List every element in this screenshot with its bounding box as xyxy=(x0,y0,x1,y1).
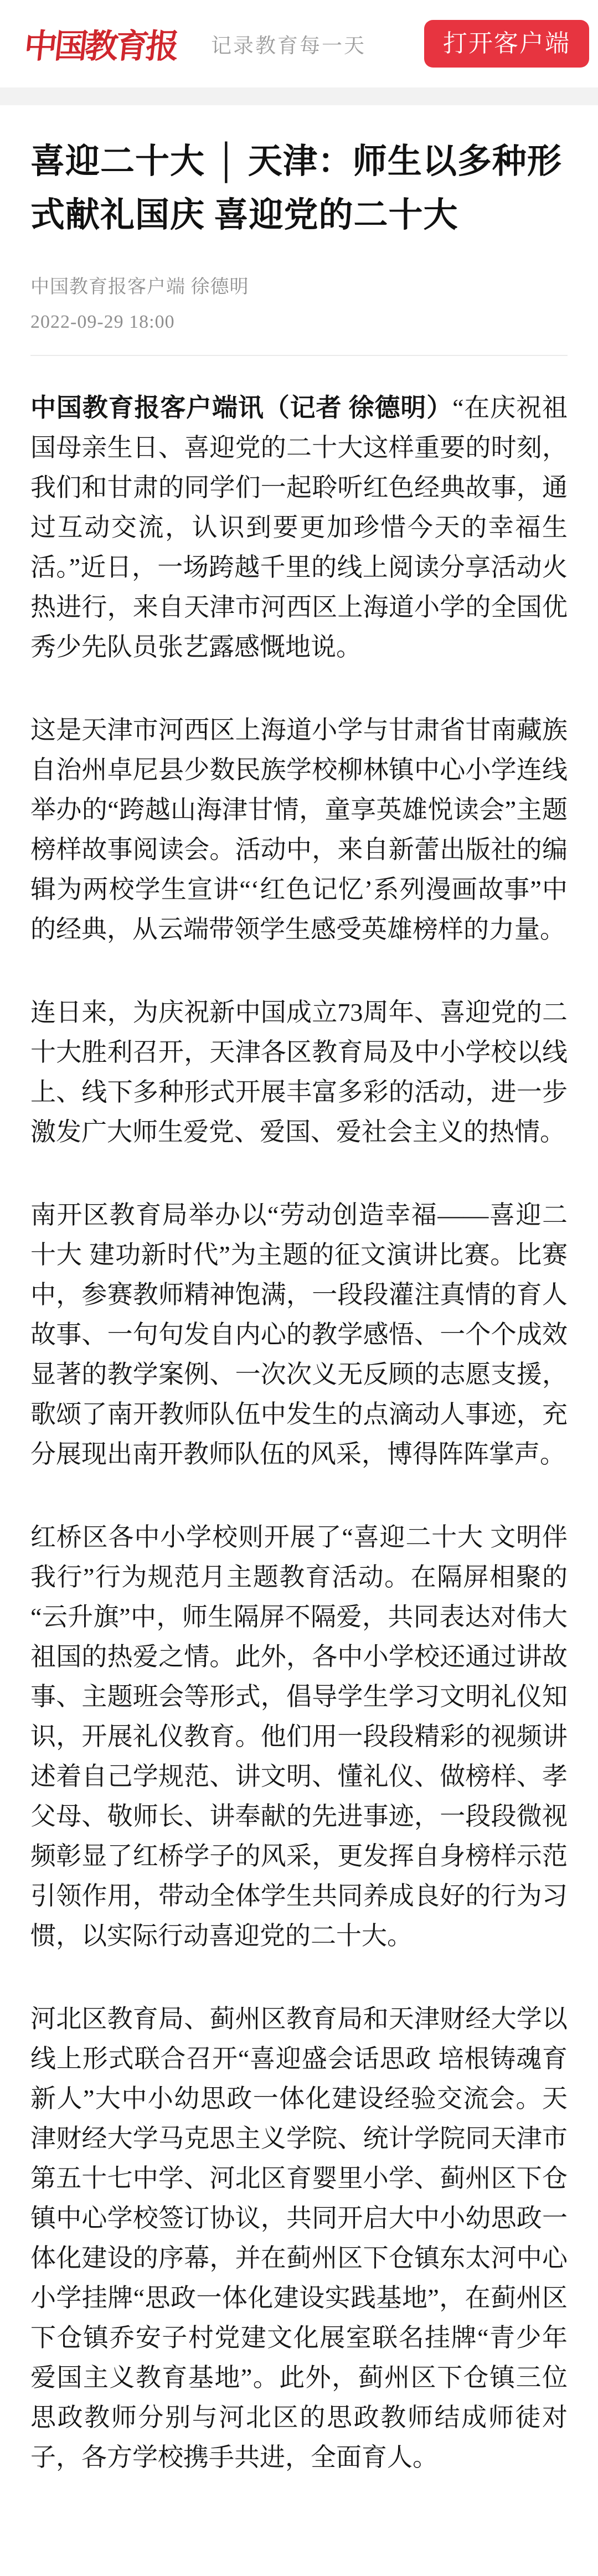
article-paragraph: 连日来，为庆祝新中国成立73周年、喜迎党的二十大胜利召开，天津各区教育局及中小学… xyxy=(30,993,568,1152)
article-paragraph: 河北区教育局、蓟州区教育局和天津财经大学以线上形式联合召开“喜迎盛会话思政 培根… xyxy=(30,1999,568,2477)
header-separator-band xyxy=(0,87,598,105)
article-paragraph: 南开区教育局举办以“劳动创造幸福——喜迎二十大 建功新时代”为主题的征文演讲比赛… xyxy=(30,1195,568,1474)
article-paragraph: 红桥区各中小学校则开展了“喜迎二十大 文明伴我行”行为规范月主题教育活动。在隔屏… xyxy=(30,1517,568,1956)
app-download-banner: 中国教育报 记录教育每一天 打开客户端 xyxy=(0,0,598,87)
byline-divider xyxy=(30,355,568,356)
china-education-daily-logo[interactable]: 中国教育报 xyxy=(22,20,179,68)
header-tagline: 记录教育每一天 xyxy=(211,29,366,59)
article-source-byline: 中国教育报客户端 徐德明 xyxy=(30,271,568,298)
article-body: 中国教育报客户端讯（记者 徐德明）“在庆祝祖国母亲生日、喜迎党的二十大这样重要的… xyxy=(30,388,568,2477)
paragraph-lead-bold: 中国教育报客户端讯（记者 徐德明） xyxy=(30,394,452,422)
article-paragraph: 中国教育报客户端讯（记者 徐德明）“在庆祝祖国母亲生日、喜迎党的二十大这样重要的… xyxy=(30,388,568,667)
article-publish-time: 2022-09-29 18:00 xyxy=(30,312,568,333)
article: 喜迎二十大 │ 天津：师生以多种形式献礼国庆 喜迎党的二十大 中国教育报客户端 … xyxy=(0,135,598,2533)
article-paragraph: 这是天津市河西区上海道小学与甘肃省甘南藏族自治州卓尼县少数民族学校柳林镇中心小学… xyxy=(30,710,568,949)
open-app-button[interactable]: 打开客户端 xyxy=(424,20,589,68)
article-title: 喜迎二十大 │ 天津：师生以多种形式献礼国庆 喜迎党的二十大 xyxy=(30,135,568,242)
